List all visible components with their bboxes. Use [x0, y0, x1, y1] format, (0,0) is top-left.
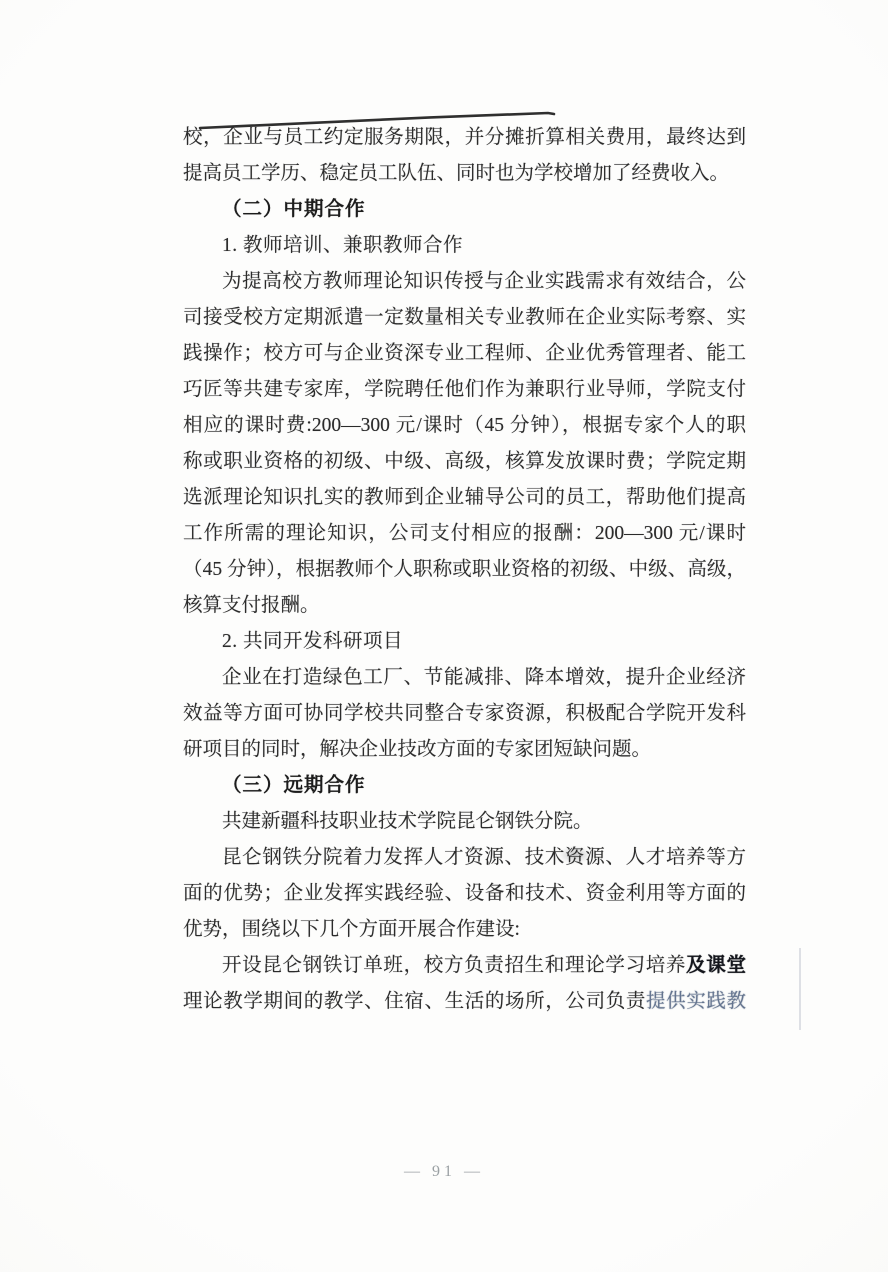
- paragraph-continuation: 校，企业与员工约定服务期限，并分摊折算相关费用，最终达到 提高员工学历、稳定员工…: [183, 120, 746, 192]
- text-line: 效益等方面可协同学校共同整合专家资源，积极配合学院开发科: [183, 696, 746, 732]
- text-line: （45 分钟），根据教师个人职称或职业资格的初级、中级、高级，: [183, 552, 746, 588]
- section-heading-3: （三）远期合作: [183, 768, 746, 804]
- text-segment: 开设昆仑钢铁订单班，校方负责招生和理论学习培养: [222, 955, 686, 976]
- text-segment: 理论教学期间的教学、住宿、生活的场所，公司负责: [183, 991, 646, 1012]
- paragraph-branch-school: 共建新疆科技职业技术学院昆仑钢铁分院。: [183, 804, 746, 840]
- text-line: 相应的课时费:200—300 元/课时（45 分钟），根据专家个人的职: [183, 408, 746, 444]
- text-line: 践操作；校方可与企业资深专业工程师、企业优秀管理者、能工: [183, 336, 746, 372]
- text-line: 提高员工学历、稳定员工队伍、同时也为学校增加了经费收入。: [183, 156, 746, 192]
- scan-edge-artifact: [799, 948, 801, 1030]
- paragraph-research-projects: 企业在打造绿色工厂、节能减排、降本增效，提升企业经济 效益等方面可协同学校共同整…: [183, 660, 746, 768]
- text-line: 工作所需的理论知识，公司支付相应的报酬：200—300 元/课时: [183, 516, 746, 552]
- paragraph-teacher-training: 为提高校方教师理论知识传授与企业实践需求有效结合，公 司接受校方定期派遣一定数量…: [183, 264, 746, 624]
- text-segment-ghost-faded: 提供实践教: [646, 991, 746, 1012]
- text-line: 共建新疆科技职业技术学院昆仑钢铁分院。: [183, 804, 746, 840]
- subheading-item-1: 1. 教师培训、兼职教师合作: [183, 228, 746, 264]
- paragraph-advantages: 昆仑钢铁分院着力发挥人才资源、技术资源、人才培养等方 面的优势；企业发挥实践经验…: [183, 840, 746, 948]
- text-line: 校，企业与员工约定服务期限，并分摊折算相关费用，最终达到: [183, 120, 746, 156]
- document-page: 校，企业与员工约定服务期限，并分摊折算相关费用，最终达到 提高员工学历、稳定员工…: [0, 0, 888, 1272]
- text-line: 核算支付报酬。: [183, 588, 746, 624]
- text-line: 为提高校方教师理论知识传授与企业实践需求有效结合，公: [183, 264, 746, 300]
- text-line: 面的优势；企业发挥实践经验、设备和技术、资金利用等方面的: [183, 876, 746, 912]
- section-heading-2: （二）中期合作: [183, 192, 746, 228]
- text-line: 选派理论知识扎实的教师到企业辅导公司的员工，帮助他们提高: [183, 480, 746, 516]
- text-line: 研项目的同时，解决企业技改方面的专家团短缺问题。: [183, 732, 746, 768]
- text-segment-ghost-dark: 及课堂: [686, 955, 746, 976]
- text-line: 司接受校方定期派遣一定数量相关专业教师在企业实际考察、实: [183, 300, 746, 336]
- text-line: 理论教学期间的教学、住宿、生活的场所，公司负责提供实践教: [183, 984, 746, 1020]
- text-line: 开设昆仑钢铁订单班，校方负责招生和理论学习培养及课堂: [183, 948, 746, 984]
- text-line: 称或职业资格的初级、中级、高级，核算发放课时费；学院定期: [183, 444, 746, 480]
- text-line: 昆仑钢铁分院着力发挥人才资源、技术资源、人才培养等方: [183, 840, 746, 876]
- page-number: — 91 —: [0, 1163, 888, 1181]
- text-line: 企业在打造绿色工厂、节能减排、降本增效，提升企业经济: [183, 660, 746, 696]
- document-body: 校，企业与员工约定服务期限，并分摊折算相关费用，最终达到 提高员工学历、稳定员工…: [183, 120, 746, 1020]
- text-line: 优势，围绕以下几个方面开展合作建设:: [183, 912, 746, 948]
- paragraph-order-class: 开设昆仑钢铁订单班，校方负责招生和理论学习培养及课堂 理论教学期间的教学、住宿、…: [183, 948, 746, 1020]
- subheading-item-2: 2. 共同开发科研项目: [183, 624, 746, 660]
- text-line: 巧匠等共建专家库，学院聘任他们作为兼职行业导师，学院支付: [183, 372, 746, 408]
